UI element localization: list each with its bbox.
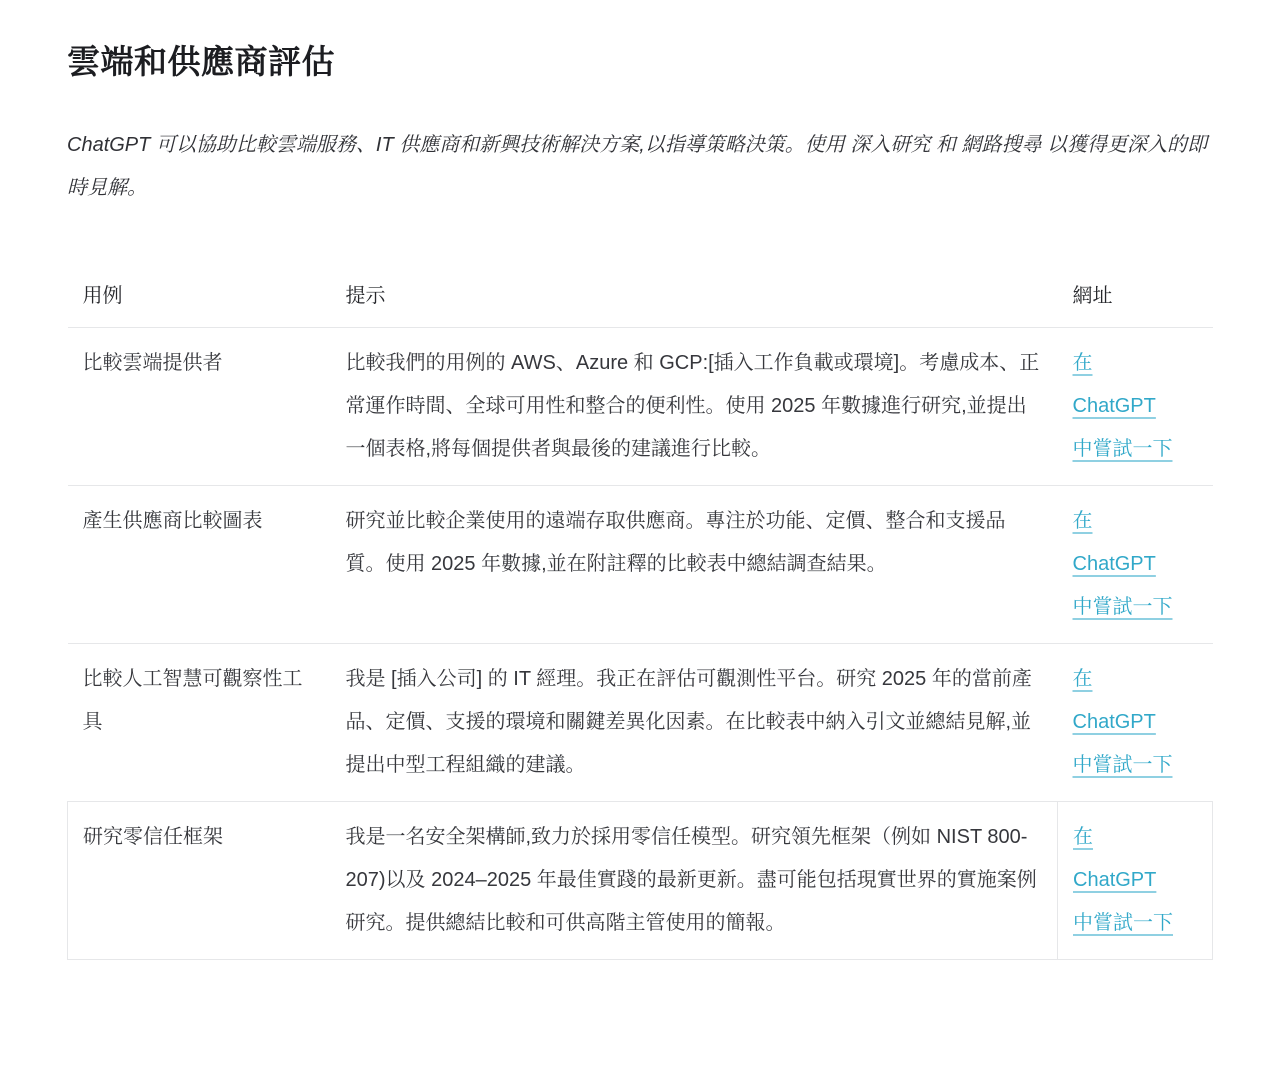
intro-paragraph: ChatGPT 可以協助比較雲端服務、IT 供應商和新興技術解決方案,以指導策略… [67, 124, 1212, 210]
column-header-url: 網址 [1058, 266, 1213, 328]
table-row-ai-observability-tools: 比較人工智慧可觀察性工具 我是 [插入公司] 的 IT 經理。我正在評估可觀測性… [68, 643, 1213, 801]
use-case-cell: 產生供應商比較圖表 [68, 485, 331, 643]
try-in-chatgpt-link[interactable]: 在 ChatGPT 中嘗試一下 [1073, 342, 1181, 471]
table-row-compare-cloud-providers: 比較雲端提供者 比較我們的用例的 AWS、Azure 和 GCP:[插入工作負載… [68, 327, 1213, 485]
url-cell: 在 ChatGPT 中嘗試一下 [1058, 485, 1213, 643]
prompt-cell: 比較我們的用例的 AWS、Azure 和 GCP:[插入工作負載或環境]。考慮成… [331, 327, 1058, 485]
try-in-chatgpt-link[interactable]: 在 ChatGPT 中嘗試一下 [1073, 816, 1181, 945]
prompt-cell: 我是一名安全架構師,致力於採用零信任模型。研究領先框架（例如 NIST 800-… [331, 801, 1058, 959]
prompt-cell: 研究並比較企業使用的遠端存取供應商。專注於功能、定價、整合和支援品質。使用 20… [331, 485, 1058, 643]
url-cell: 在 ChatGPT 中嘗試一下 [1058, 327, 1213, 485]
table-header-row: 用例 提示 網址 [68, 266, 1213, 328]
url-cell: 在 ChatGPT 中嘗試一下 [1058, 643, 1213, 801]
prompt-cell: 我是 [插入公司] 的 IT 經理。我正在評估可觀測性平台。研究 2025 年的… [331, 643, 1058, 801]
column-header-prompt: 提示 [331, 266, 1058, 328]
table-row-zero-trust-frameworks: 研究零信任框架 我是一名安全架構師,致力於採用零信任模型。研究領先框架（例如 N… [68, 801, 1213, 959]
page-title: 雲端和供應商評估 [67, 42, 1212, 82]
use-case-cell: 研究零信任框架 [68, 801, 331, 959]
column-header-use-case: 用例 [68, 266, 331, 328]
table-row-vendor-comparison-chart: 產生供應商比較圖表 研究並比較企業使用的遠端存取供應商。專注於功能、定價、整合和… [68, 485, 1213, 643]
try-in-chatgpt-link[interactable]: 在 ChatGPT 中嘗試一下 [1073, 500, 1181, 629]
url-cell: 在 ChatGPT 中嘗試一下 [1058, 801, 1213, 959]
use-case-cell: 比較人工智慧可觀察性工具 [68, 643, 331, 801]
try-in-chatgpt-link[interactable]: 在 ChatGPT 中嘗試一下 [1073, 658, 1181, 787]
cloud-vendor-evaluation-page: 雲端和供應商評估 ChatGPT 可以協助比較雲端服務、IT 供應商和新興技術解… [0, 0, 1280, 1088]
use-case-cell: 比較雲端提供者 [68, 327, 331, 485]
use-case-prompt-table: 用例 提示 網址 比較雲端提供者 比較我們的用例的 AWS、Azure 和 GC… [67, 266, 1213, 960]
